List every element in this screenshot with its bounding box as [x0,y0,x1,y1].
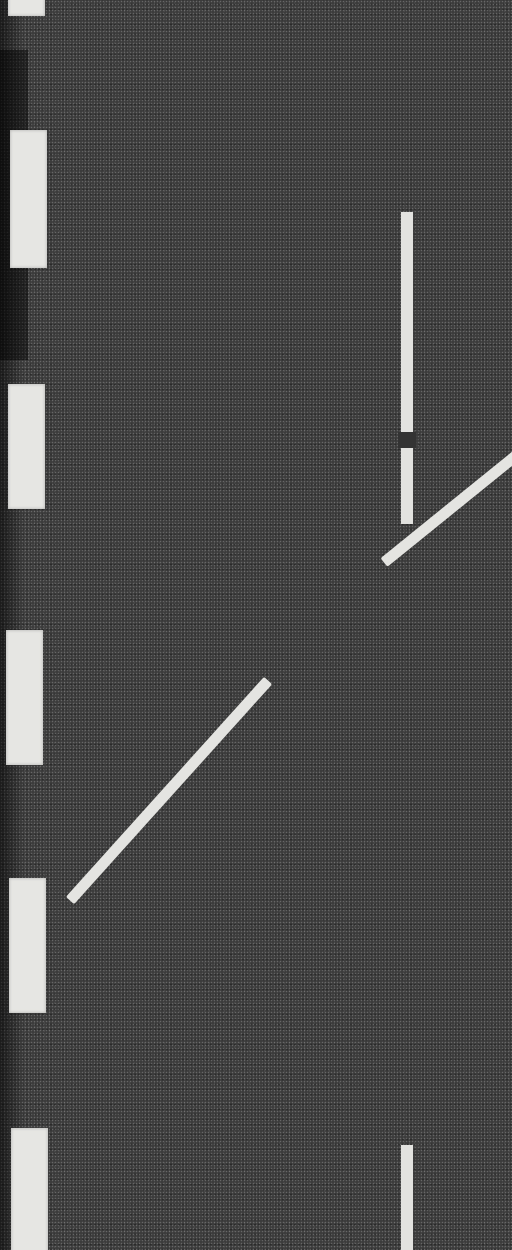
road-aerial-image [0,0,512,1250]
edge-dash [8,0,45,16]
center-line-break [398,432,416,448]
diagonal-hatch-line [66,677,272,904]
edge-dash [10,130,47,268]
edge-dash [8,384,45,509]
edge-dash [9,878,46,1013]
edge-dash [6,630,43,765]
center-line-segment [401,1145,413,1250]
edge-dash [11,1128,48,1250]
center-line-segment [401,212,413,524]
